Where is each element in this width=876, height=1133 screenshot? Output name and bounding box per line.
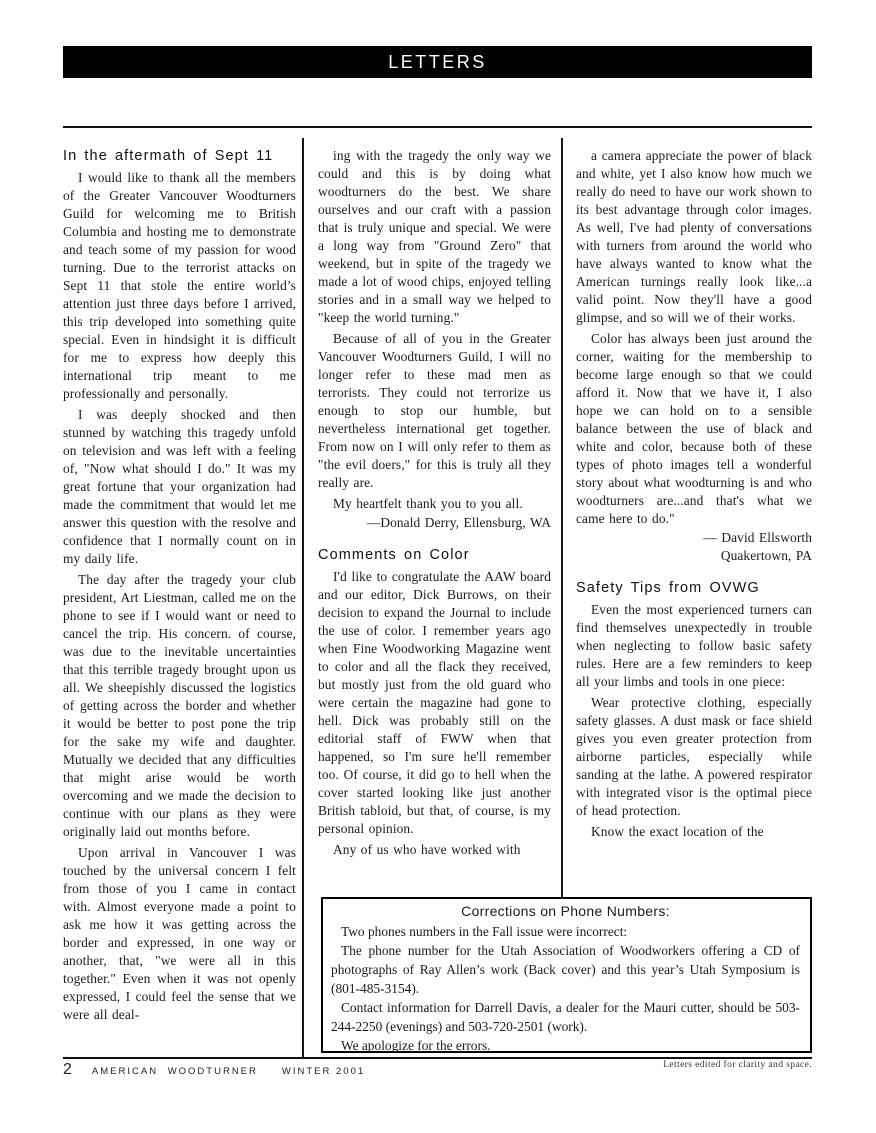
- footer-rule: [63, 1057, 812, 1059]
- page-title: LETTERS: [388, 52, 487, 73]
- paragraph: I would like to thank all the members of…: [63, 169, 296, 403]
- column-1: In the aftermath of Sept 11 I would like…: [63, 147, 296, 1053]
- top-divider-rule: [63, 126, 812, 128]
- paragraph: Color has always been just around the co…: [576, 330, 812, 528]
- footer-note: Letters edited for clarity and space.: [663, 1060, 812, 1070]
- paragraph: Wear protective clothing, especially saf…: [576, 694, 812, 820]
- column-divider-left: [302, 138, 304, 1057]
- letter-byline-ellsworth: — David Ellsworth: [576, 529, 812, 547]
- paragraph: Because of all of you in the Greater Van…: [318, 330, 551, 492]
- footer-left: 2 AMERICAN WOODTURNER WINTER 2001: [63, 1061, 365, 1079]
- paragraph: Upon arrival in Vancouver I was touched …: [63, 844, 296, 1024]
- paragraph: Two phones numbers in the Fall issue wer…: [331, 922, 800, 941]
- paragraph: a camera appreciate the power of black a…: [576, 147, 812, 327]
- paragraph: We apologize for the errors.: [331, 1036, 800, 1053]
- column-2: ing with the tragedy the only way we cou…: [318, 147, 551, 895]
- letter-heading-safety: Safety Tips from OVWG: [576, 579, 812, 597]
- paragraph: Any of us who have worked with: [318, 841, 551, 859]
- issue-label: WINTER 2001: [282, 1066, 365, 1077]
- letter-byline-place: Quakertown, PA: [576, 547, 812, 565]
- corrections-box: Corrections on Phone Numbers: Two phones…: [321, 897, 812, 1053]
- paragraph: The day after the tragedy your club pres…: [63, 571, 296, 841]
- paragraph: The phone number for the Utah Associatio…: [331, 941, 800, 998]
- column-divider-right: [561, 138, 563, 897]
- paragraph: I'd like to congratulate the AAW board a…: [318, 568, 551, 838]
- letter-heading-sept11: In the aftermath of Sept 11: [63, 147, 296, 165]
- paragraph: Know the exact location of the: [576, 823, 812, 841]
- paragraph: My heartfelt thank you to you all.: [318, 495, 551, 513]
- paragraph: I was deeply shocked and then stunned by…: [63, 406, 296, 568]
- column-3: a camera appreciate the power of black a…: [576, 147, 812, 895]
- paragraph: Contact information for Darrell Davis, a…: [331, 998, 800, 1036]
- journal-title: AMERICAN WOODTURNER: [92, 1066, 258, 1077]
- corrections-title: Corrections on Phone Numbers:: [331, 902, 800, 921]
- letter-heading-color: Comments on Color: [318, 546, 551, 564]
- letters-header-bar: LETTERS: [63, 46, 812, 78]
- paragraph: Even the most experienced turners can fi…: [576, 601, 812, 691]
- magazine-page: LETTERS In the aftermath of Sept 11 I wo…: [0, 0, 876, 1133]
- letter-byline-derry: —Donald Derry, Ellensburg, WA: [318, 514, 551, 532]
- page-number: 2: [63, 1061, 72, 1079]
- paragraph: ing with the tragedy the only way we cou…: [318, 147, 551, 327]
